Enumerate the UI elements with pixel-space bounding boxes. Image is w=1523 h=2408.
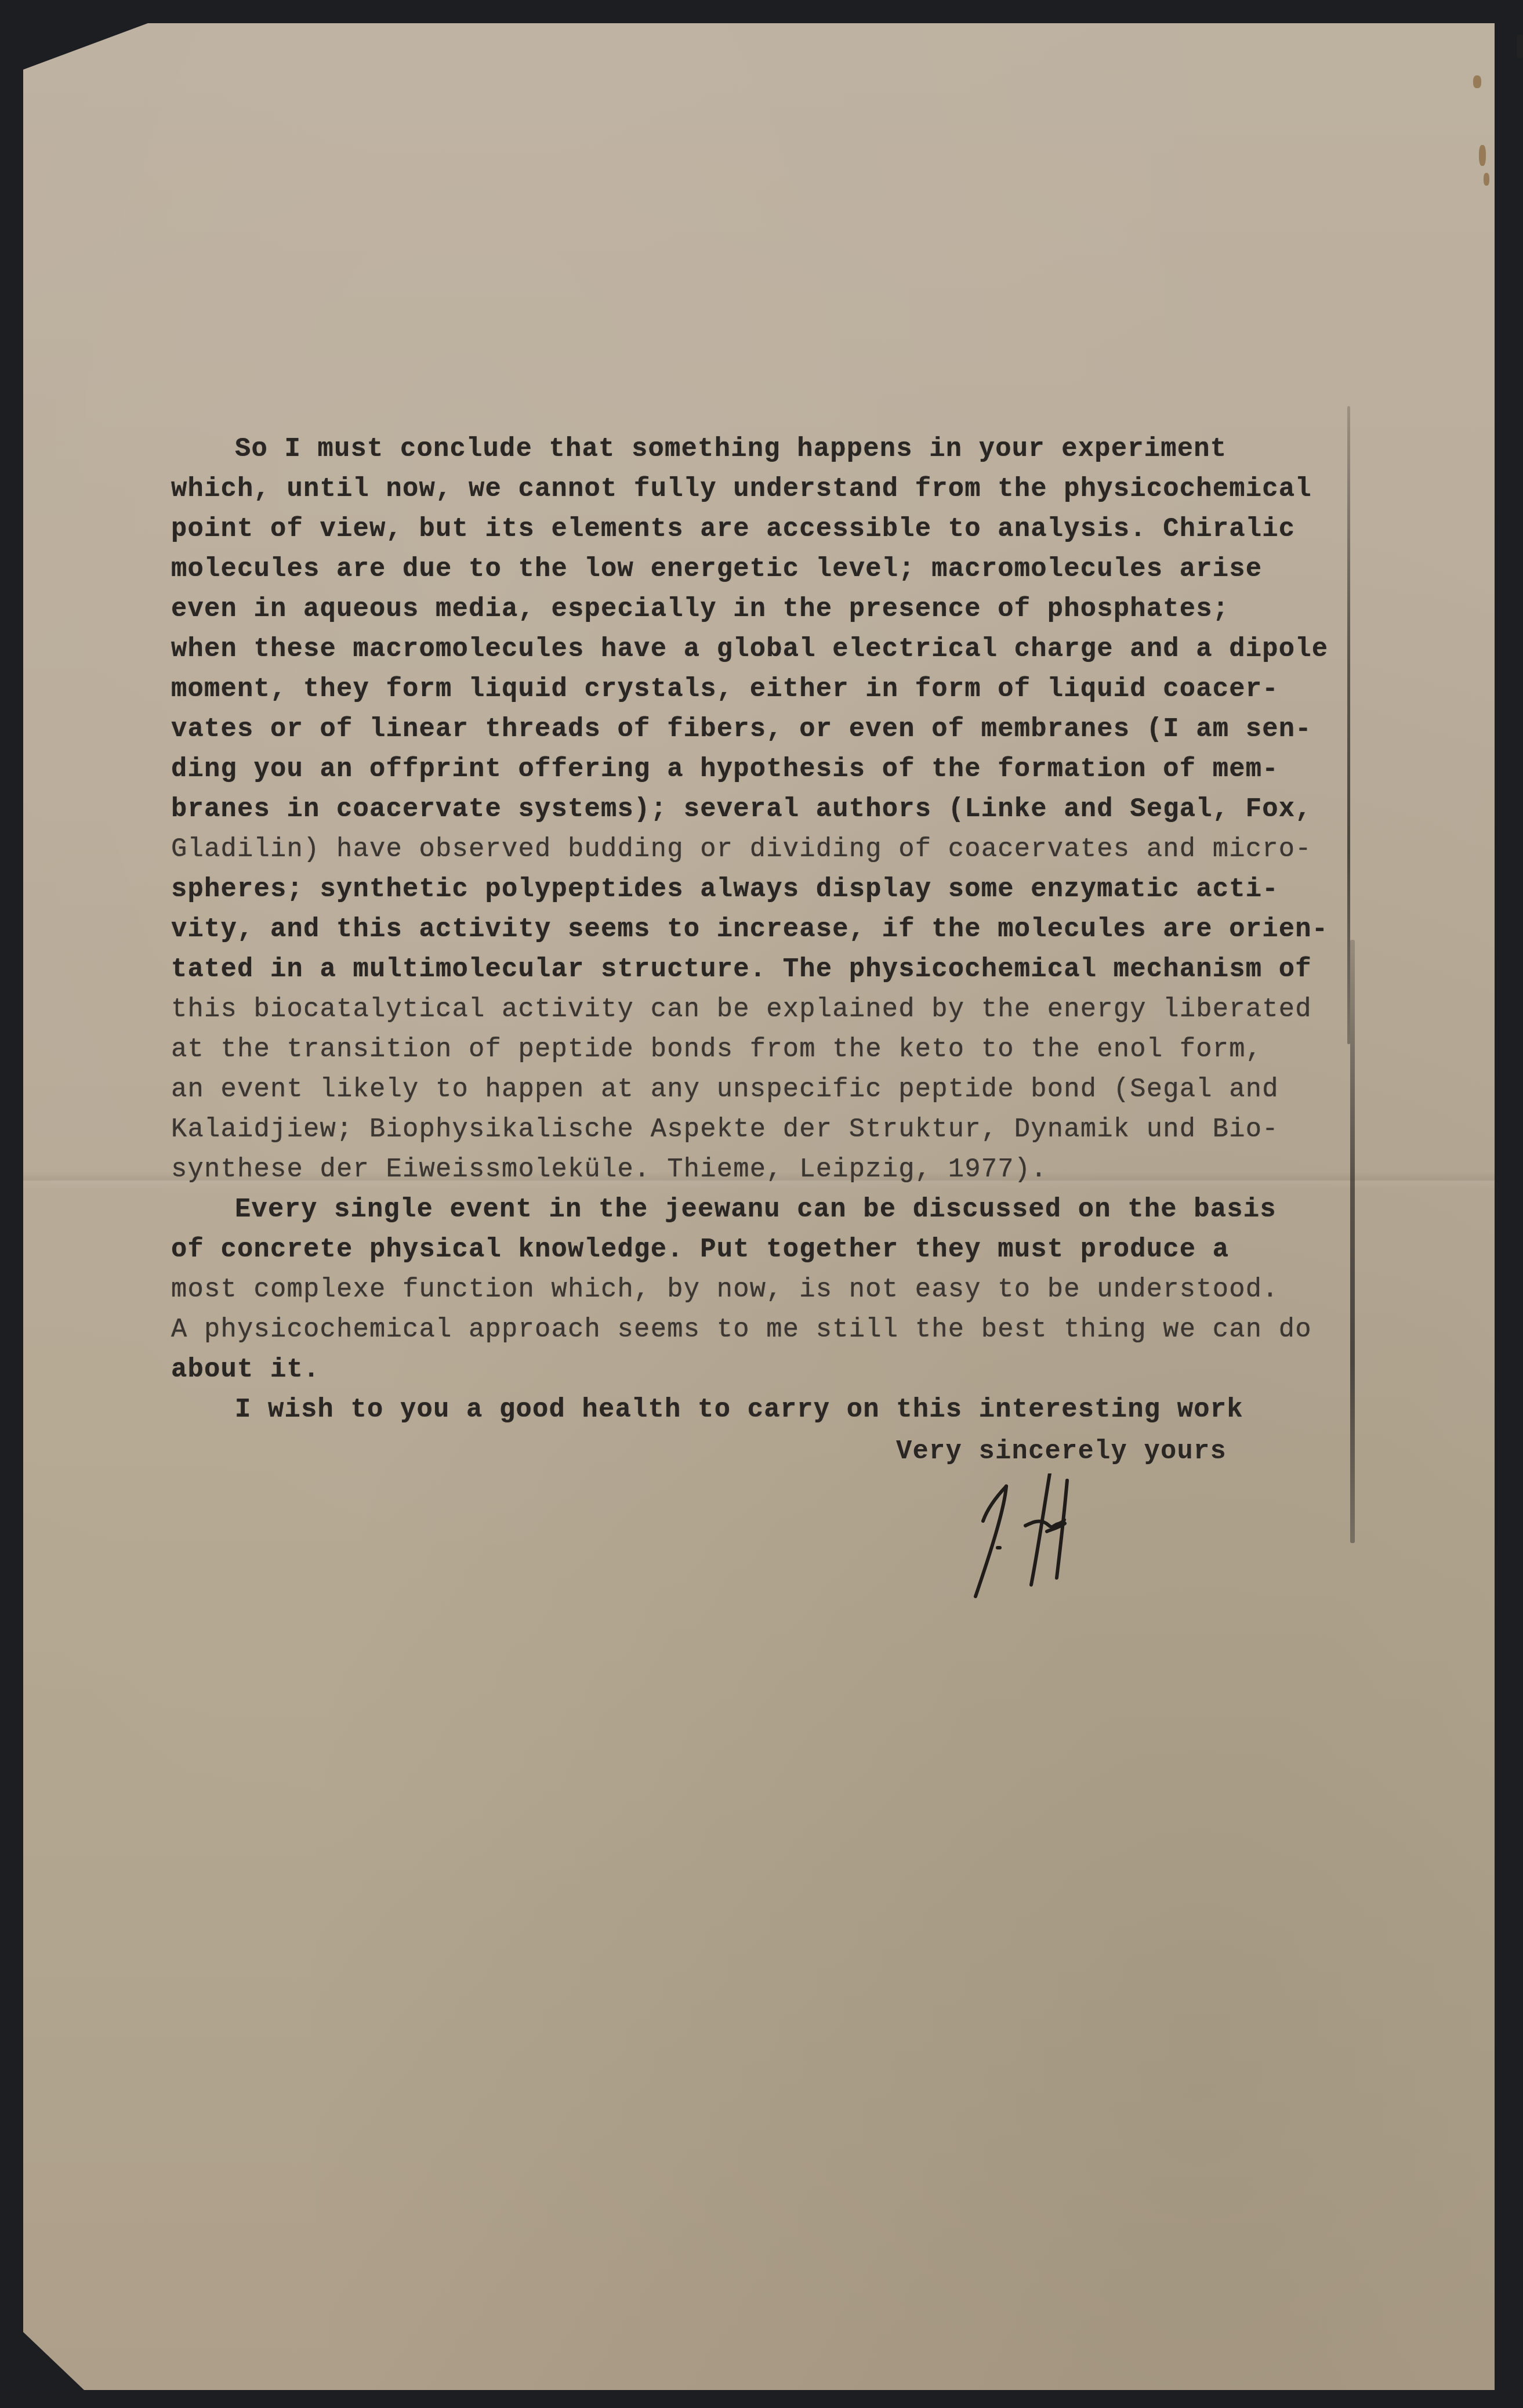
text-line: So I must conclude that something happen… <box>171 429 1360 469</box>
text-line: I wish to you a good health to carry on … <box>171 1390 1360 1430</box>
text-line: even in aqueous media, especially in the… <box>171 589 1360 629</box>
text-line: this biocatalytical activity can be expl… <box>171 990 1360 1030</box>
text-line: moment, they form liquid crystals, eithe… <box>171 669 1360 709</box>
edge-smudge <box>1517 35 1523 58</box>
text-line: which, until now, we cannot fully unders… <box>171 469 1360 509</box>
text-line: molecules are due to the low energetic l… <box>171 549 1360 589</box>
paragraph-2: Every single event in the jeewanu can be… <box>171 1190 1360 1390</box>
rust-stain <box>1479 145 1486 166</box>
text-line: point of view, but its elements are acce… <box>171 509 1360 549</box>
rust-stain <box>1484 173 1489 186</box>
text-line: Kalaidjiew; Biophysikalische Aspekte der… <box>171 1110 1360 1150</box>
text-line: synthese der Eiweissmoleküle. Thieme, Le… <box>171 1150 1360 1190</box>
text-line: Gladilin) have observed budding or divid… <box>171 830 1360 870</box>
text-line: vity, and this activity seems to increas… <box>171 910 1360 950</box>
closing-salutation: Very sincerely yours <box>896 1436 1227 1466</box>
text-line: an event likely to happen at any unspeci… <box>171 1070 1360 1110</box>
text-line: branes in coacervate systems); several a… <box>171 790 1360 830</box>
handwritten-signature <box>951 1473 1137 1607</box>
paragraph-1: So I must conclude that something happen… <box>171 429 1360 1190</box>
text-line: when these macromolecules have a global … <box>171 629 1360 669</box>
paragraph-3: I wish to you a good health to carry on … <box>171 1390 1360 1430</box>
text-line: A physicochemical approach seems to me s… <box>171 1310 1360 1350</box>
text-line: about it. <box>171 1350 1360 1390</box>
text-line: Every single event in the jeewanu can be… <box>171 1190 1360 1230</box>
text-line: spheres; synthetic polypeptides always d… <box>171 870 1360 910</box>
text-line: most complexe function which, by now, is… <box>171 1270 1360 1310</box>
text-line: vates or of linear threads of fibers, or… <box>171 709 1360 749</box>
rust-stain <box>1473 75 1481 88</box>
letter-body: So I must conclude that something happen… <box>171 429 1360 1430</box>
text-line: of concrete physical knowledge. Put toge… <box>171 1230 1360 1270</box>
text-line: at the transition of peptide bonds from … <box>171 1030 1360 1070</box>
text-line: tated in a multimolecular structure. The… <box>171 950 1360 990</box>
text-line: ding you an offprint offering a hypothes… <box>171 749 1360 790</box>
